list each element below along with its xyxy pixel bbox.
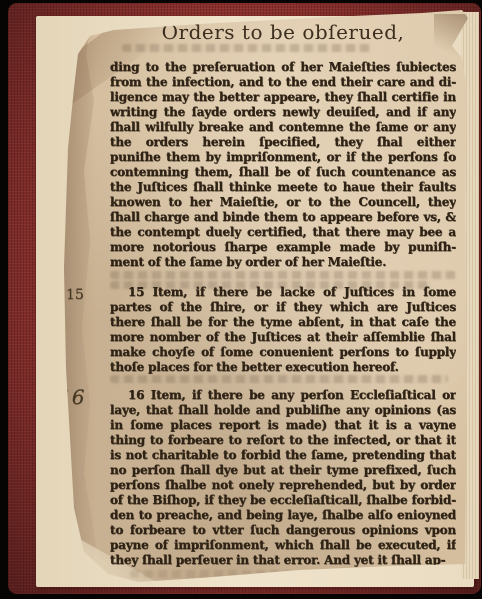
text-line: contemning them, ſhall be of ſuch counte… bbox=[110, 165, 456, 180]
text-line: den to preache, and being laye, ſhalbe a… bbox=[110, 508, 456, 523]
margin-number-15: 15 bbox=[66, 287, 84, 303]
text-line: make choyſe of ſome conuenient perſons t… bbox=[110, 345, 456, 360]
text-line: perſons ſhalbe not onely reprehended, bu… bbox=[110, 478, 456, 493]
text-line: writing the ſayde orders newly deuiſed, … bbox=[110, 105, 456, 120]
text-line: ment of the ſame by order of her Maieſti… bbox=[110, 255, 456, 270]
text-line: ligence may the better appeare, they ſha… bbox=[110, 90, 456, 105]
text-line: the contempt duely certified, that there… bbox=[110, 225, 456, 240]
text-line: laye, that ſhall holde and publiſhe any … bbox=[110, 403, 456, 418]
text-line: there ſhall be for the tyme abſent, in t… bbox=[110, 315, 456, 330]
text-line: more nomber of the Juſtices at their aſſ… bbox=[110, 330, 456, 345]
text-line: the orders herein ſpecified, they ſhal e… bbox=[110, 135, 456, 150]
text-line: 16 Item, if there be any perſon Eccleſia… bbox=[110, 388, 456, 403]
text-line: ding to the preſeruation of her Maieſtie… bbox=[110, 60, 456, 75]
text-line: payne of impriſonment, which ſhall be ex… bbox=[110, 538, 456, 553]
printed-text-area: Orders to be obſerued, ding to the preſe… bbox=[50, 8, 474, 590]
photo-backdrop: Orders to be obſerued, ding to the preſe… bbox=[0, 0, 482, 599]
text-line: from the infection, and to the end their… bbox=[110, 75, 456, 90]
text-line: ſhall charge and binde them to appeare b… bbox=[110, 210, 456, 225]
paragraph-continuation: ding to the preſeruation of her Maieſtie… bbox=[110, 60, 456, 270]
text-line: is not charitable to forbid the ſame, pr… bbox=[110, 448, 456, 463]
show-through-smudge bbox=[110, 375, 448, 383]
text-line: in ſome places report is made) that it i… bbox=[110, 418, 456, 433]
text-line: knowen to her Maieſtie, or to the Counce… bbox=[110, 195, 456, 210]
show-through-smudge bbox=[110, 271, 456, 279]
paragraph-15: 15 Item, if there be lacke of Juſtices i… bbox=[110, 285, 456, 375]
text-line: puniſhe them by impriſonment, or if the … bbox=[110, 150, 456, 165]
book-page: Orders to be obſerued, ding to the preſe… bbox=[50, 8, 474, 590]
text-line: 15 Item, if there be lacke of Juſtices i… bbox=[110, 285, 456, 300]
text-line: no perſon ſhall dye but at their tyme pr… bbox=[110, 463, 456, 478]
text-line: thing to forbeare to reſort to the infec… bbox=[110, 433, 456, 448]
text-line: of the Biſhop, if they be eccleſiaſtical… bbox=[110, 493, 456, 508]
show-through-smudge bbox=[122, 44, 372, 52]
text-line: more notorious ſharpe example made by pu… bbox=[110, 240, 456, 255]
text-line: partes of the ſhire, or if they which ar… bbox=[110, 300, 456, 315]
text-line: ſhall wilfully breake and contemne the ſ… bbox=[110, 120, 456, 135]
text-line: the Juſtices ſhall thinke meete to haue … bbox=[110, 180, 456, 195]
text-line: to forbeare to vtter ſuch dangerous opin… bbox=[110, 523, 456, 538]
text-line: thoſe places for the better execution he… bbox=[110, 360, 456, 375]
paragraph-16: 16 Item, if there be any perſon Eccleſia… bbox=[110, 388, 456, 568]
